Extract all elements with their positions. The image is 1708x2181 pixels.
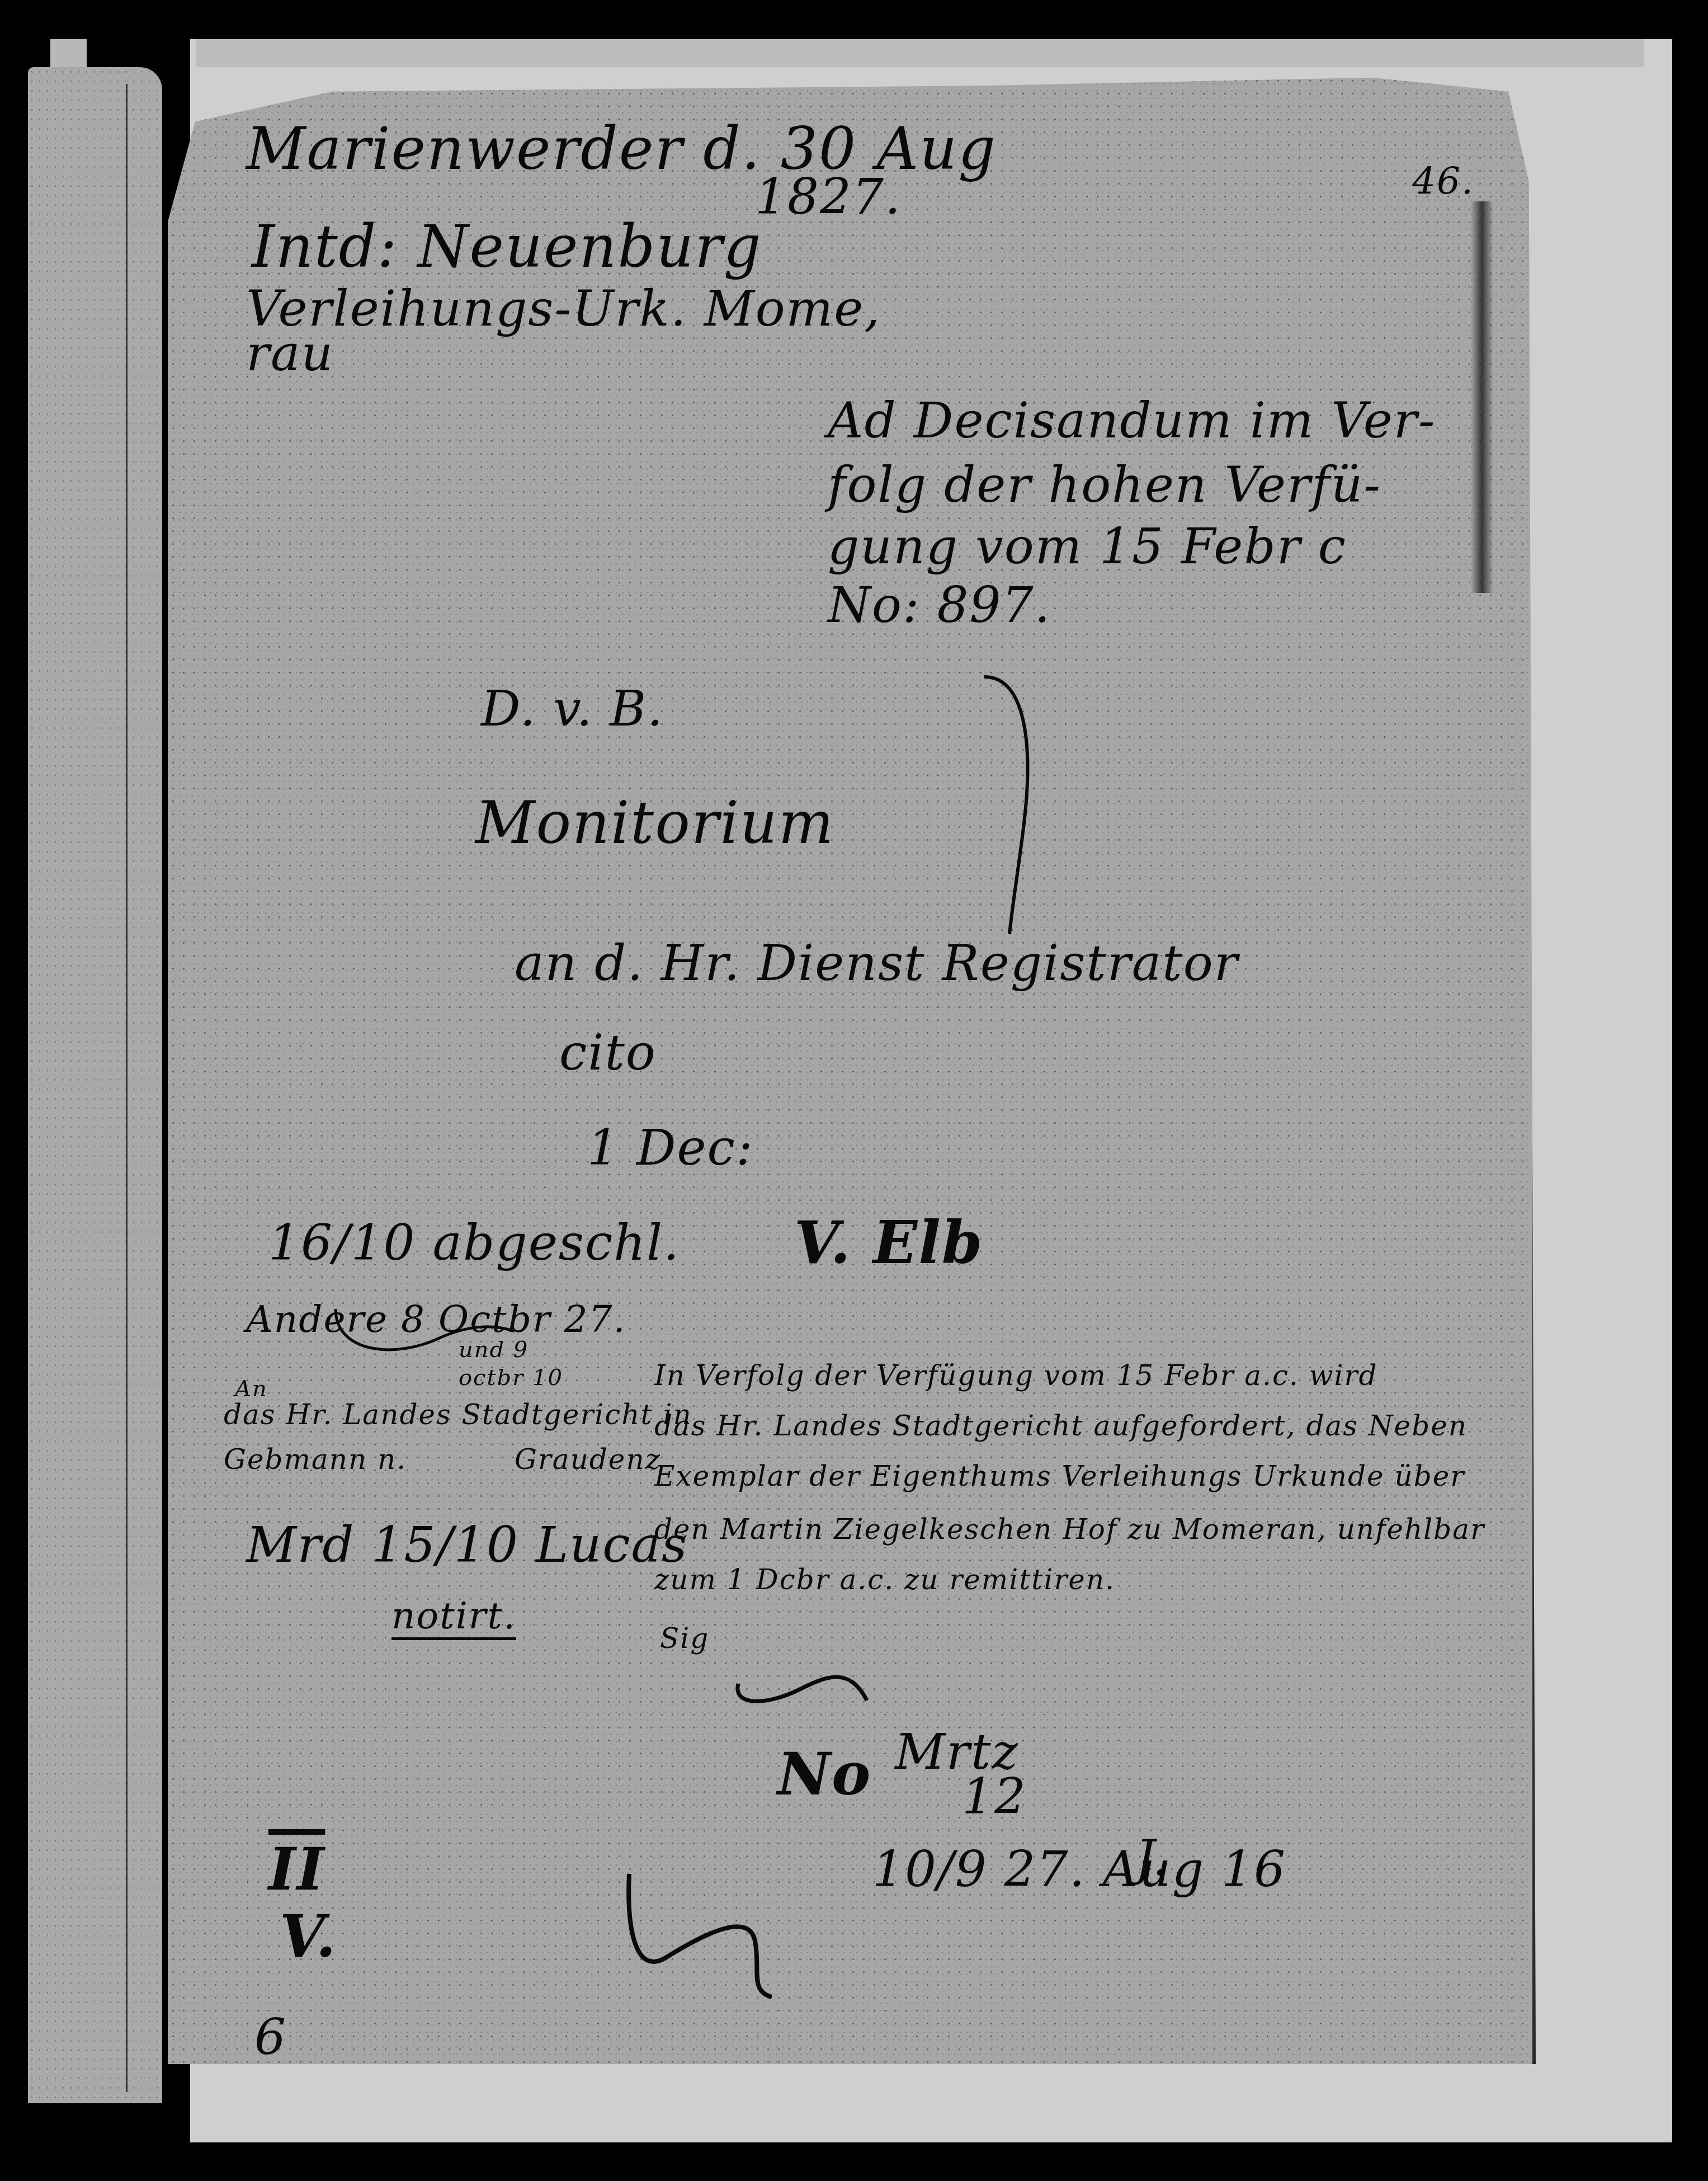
reference-line-1: Ad Decisandum im Ver- bbox=[828, 392, 1436, 449]
registry-mark: No bbox=[777, 1740, 871, 1808]
folded-spine-strip bbox=[28, 67, 162, 2103]
body-line-cito: cito bbox=[559, 1024, 657, 1081]
margin-note-graudenz: Graudenz bbox=[515, 1443, 661, 1476]
underlying-page-top-edge bbox=[196, 39, 1644, 67]
folio-number: 46. bbox=[1412, 159, 1474, 202]
margin-note-notirt: notirt. bbox=[391, 1594, 516, 1640]
dispatch-date: 10/9 27. Aug 16 bbox=[872, 1840, 1286, 1898]
body-line-deadline: 1 Dec: bbox=[587, 1119, 754, 1176]
margin-note-octbr-10: octbr 10 bbox=[459, 1365, 563, 1391]
registry-number: 12 bbox=[962, 1768, 1027, 1825]
subject-line-2: rau bbox=[246, 324, 334, 382]
subject-line-1: Verleihungs-Urk. Mome, bbox=[246, 280, 881, 337]
sender-line: Intd: Neuenburg bbox=[252, 213, 762, 281]
s-curve-flourish-icon bbox=[621, 1868, 783, 2003]
spine-crease-line bbox=[126, 84, 128, 2092]
reference-line-2: folg der hohen Verfü- bbox=[828, 456, 1381, 514]
letter-line-2: das Hr. Landes Stadtgericht aufgefordert… bbox=[654, 1410, 1468, 1442]
reference-line-3: gung vom 15 Febr c bbox=[828, 517, 1347, 575]
roman-numeral: II bbox=[268, 1835, 325, 1904]
page-number: 6 bbox=[254, 2008, 287, 2066]
letter-closing: Sig bbox=[660, 1622, 709, 1655]
body-line-addressee: an d. Hr. Dienst Registrator bbox=[515, 934, 1239, 992]
closing-flourish-icon bbox=[727, 1650, 872, 1712]
page-edge-shadow bbox=[1471, 201, 1493, 593]
letter-line-1: In Verfolg der Verfügung vom 15 Febr a.c… bbox=[654, 1359, 1378, 1392]
margin-note-lucas: Mrd 15/10 Lucas bbox=[246, 1516, 688, 1574]
body-signature-mark: V. Elb bbox=[794, 1208, 983, 1277]
header-year: 1827. bbox=[755, 168, 902, 225]
reference-line-4: No: 897. bbox=[828, 576, 1051, 634]
margin-note-gebmann: Gebmann n. bbox=[224, 1443, 407, 1476]
margin-swoosh-icon bbox=[330, 1303, 520, 1365]
body-line-dvb: D. v. B. bbox=[481, 680, 664, 737]
letter-line-3: Exemplar der Eigenthums Verleihungs Urku… bbox=[654, 1460, 1465, 1492]
bracket-flourish-icon bbox=[973, 671, 1040, 940]
body-line-monitorium: Monitorium bbox=[475, 789, 834, 857]
letter-line-4: den Martin Ziegelkeschen Hof zu Momeran,… bbox=[654, 1513, 1485, 1546]
initial-mark: J. bbox=[1135, 1829, 1169, 1887]
section-letter: V. bbox=[280, 1902, 337, 1971]
spine-tab bbox=[50, 39, 87, 67]
letter-line-5: zum 1 Dcbr a.c. zu remittiren. bbox=[654, 1563, 1115, 1596]
margin-note-abgeschl: 16/10 abgeschl. bbox=[268, 1214, 680, 1271]
margin-note-stadtgericht: das Hr. Landes Stadtgericht in bbox=[224, 1398, 692, 1431]
